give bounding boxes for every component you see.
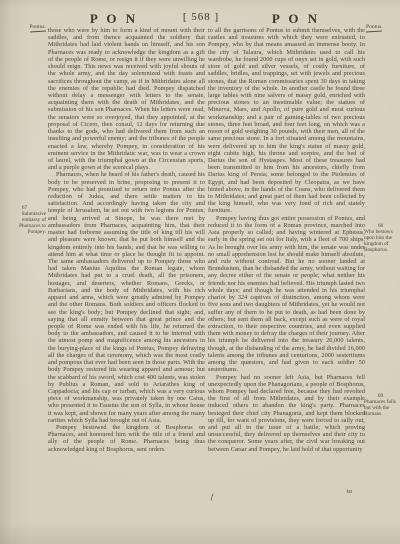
running-head-left: P O N (90, 11, 138, 27)
margin-note-text: Submissive embassy of Pharnaces to Pompe… (3, 212, 46, 236)
sidehead-flourish (30, 30, 46, 33)
catchword: to (347, 488, 352, 495)
paragraph: Pompey having thus got entire possession… (208, 215, 365, 374)
paragraph: Pompey bestowed the kingdom of Bosphorus… (48, 424, 205, 453)
left-column: those who were by him to form a kind of … (48, 27, 205, 521)
paragraph: those who were by him to form a kind of … (48, 27, 205, 171)
book-binding-edge (374, 0, 400, 544)
signature-mark: f (211, 493, 213, 501)
page-number: [ 568 ] (183, 11, 219, 23)
paragraph: to all the garrisons of Pontus to submit… (208, 27, 365, 215)
right-column: to all the garrisons of Pontus to submit… (208, 27, 365, 521)
sidehead-label: Pontus. (29, 24, 46, 30)
running-head-right: P O N (272, 11, 320, 27)
paragraph: Pharnaces, when he heard of his father's… (48, 171, 205, 424)
margin-note-67: 67 Submissive embassy of Pharnaces to Po… (3, 206, 46, 236)
book-page: P O N [ 568 ] P O N Pontus. Pontus. 67 S… (0, 0, 400, 544)
paragraph: Pompey had no sooner left Asia, but Phar… (208, 374, 365, 453)
sidehead-pontus-left: Pontus. (4, 24, 46, 33)
